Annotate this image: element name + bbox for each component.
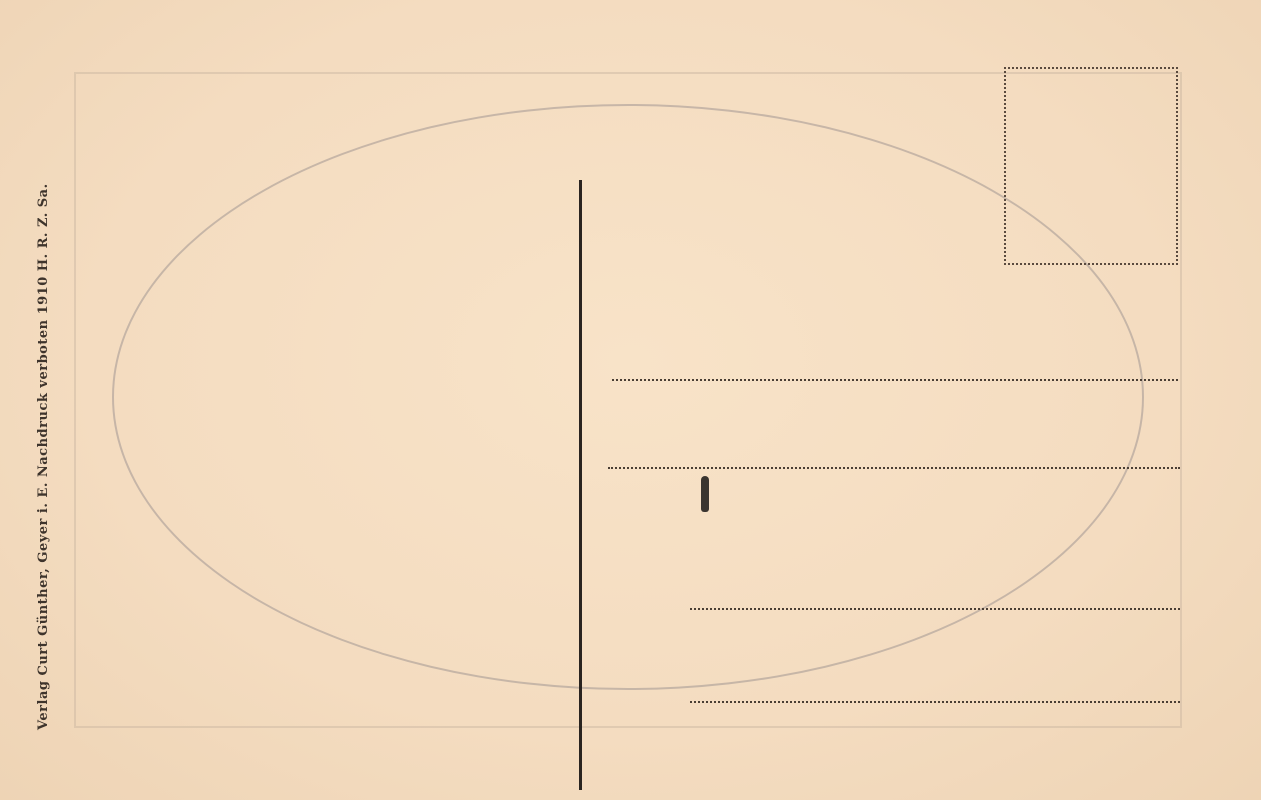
center-divider [579,180,582,790]
address-line-1 [612,379,1178,381]
address-line-4 [690,701,1180,703]
ink-blot [701,476,709,512]
oval-frame [112,104,1144,690]
address-line-2 [608,467,1180,469]
stamp-box [1004,67,1178,265]
address-line-3 [690,608,1180,610]
publisher-imprint: Verlag Curt Günther, Geyer i. E. Nachdru… [36,183,51,730]
postcard-back: Verlag Curt Günther, Geyer i. E. Nachdru… [0,0,1261,800]
